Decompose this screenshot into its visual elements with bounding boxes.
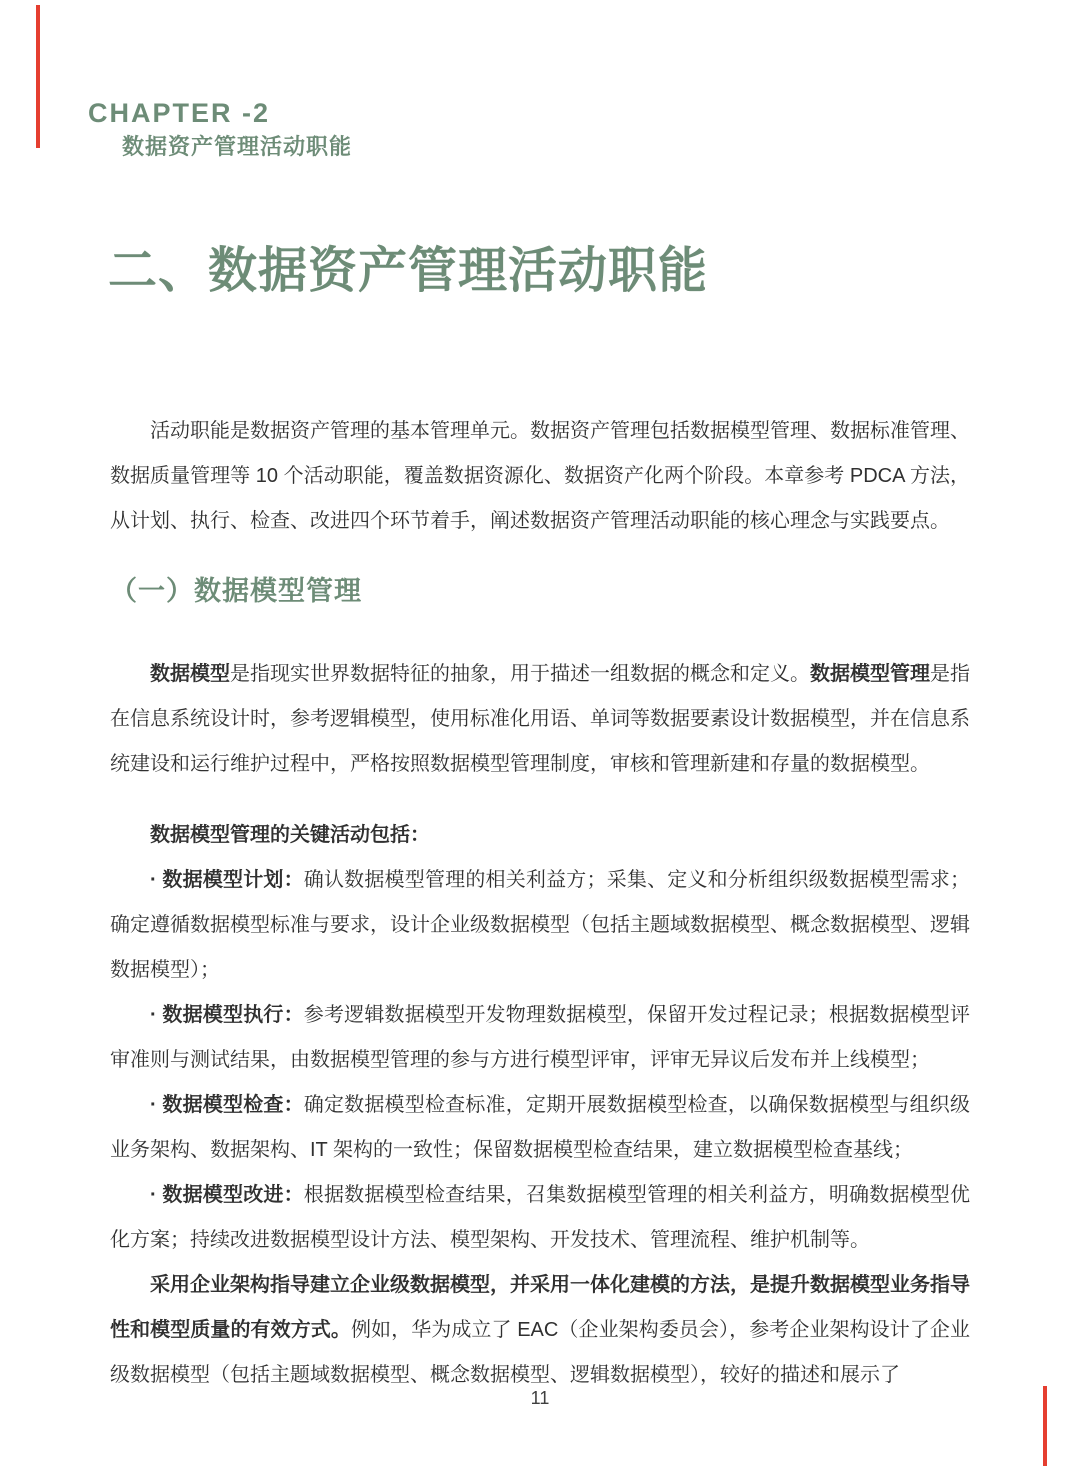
bold-text-run: 数据模型 xyxy=(150,663,230,685)
body-content: 活动职能是数据资产管理的基本管理单元。数据资产管理包括数据模型管理、数据标准管理… xyxy=(110,409,970,1398)
chapter-label: CHAPTER -2 xyxy=(88,98,1080,128)
bold-text-run: 数据模型管理的关键活动包括： xyxy=(150,824,430,846)
key-activities-lead: 数据模型管理的关键活动包括： xyxy=(110,813,970,858)
enterprise-architecture-paragraph: 采用企业架构指导建立企业级数据模型，并采用一体化建模的方法，是提升数据模型业务指… xyxy=(110,1263,970,1398)
bullet-data-model-plan: · 数据模型计划：确认数据模型管理的相关利益方；采集、定义和分析组织级数据模型需… xyxy=(110,858,970,993)
bold-text-run: · 数据模型改进： xyxy=(150,1184,304,1206)
document-page: CHAPTER -2 数据资产管理活动职能 二、数据资产管理活动职能 活动职能是… xyxy=(0,0,1080,1466)
section-heading-data-model: （一）数据模型管理 xyxy=(110,572,970,610)
page-title: 二、数据资产管理活动职能 xyxy=(108,243,1080,299)
chapter-subtitle: 数据资产管理活动职能 xyxy=(122,133,1080,161)
chapter-header: CHAPTER -2 数据资产管理活动职能 xyxy=(0,0,1080,161)
bullet-data-model-check: · 数据模型检查：确定数据模型检查标准，定期开展数据模型检查，以确保数据模型与组… xyxy=(110,1083,970,1173)
bold-text-run: · 数据模型执行： xyxy=(150,1004,304,1026)
page-number: 11 xyxy=(0,1388,1080,1409)
intro-paragraph: 活动职能是数据资产管理的基本管理单元。数据资产管理包括数据模型管理、数据标准管理… xyxy=(110,409,970,544)
bullet-data-model-execution: · 数据模型执行：参考逻辑数据模型开发物理数据模型，保留开发过程记录；根据数据模… xyxy=(110,993,970,1083)
bold-text-run: · 数据模型计划： xyxy=(150,869,304,891)
bold-text-run: 数据模型管理 xyxy=(810,663,930,685)
data-model-definition-paragraph: 数据模型是指现实世界数据特征的抽象，用于描述一组数据的概念和定义。数据模型管理是… xyxy=(110,652,970,787)
red-accent-line-top xyxy=(36,5,40,148)
text-run: 是指现实世界数据特征的抽象，用于描述一组数据的概念和定义。 xyxy=(230,663,810,685)
bold-text-run: · 数据模型检查： xyxy=(150,1094,304,1116)
text-run: 活动职能是数据资产管理的基本管理单元。数据资产管理包括数据模型管理、数据标准管理… xyxy=(110,420,970,532)
bullet-data-model-improvement: · 数据模型改进：根据数据模型检查结果，召集数据模型管理的相关利益方，明确数据模… xyxy=(110,1173,970,1263)
red-accent-line-bottom xyxy=(1043,1386,1047,1466)
